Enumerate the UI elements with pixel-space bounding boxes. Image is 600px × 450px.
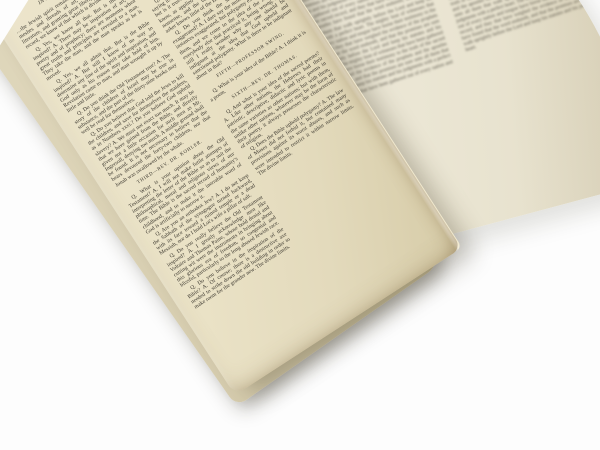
photo-of-open-pamphlet: The mighty host of witnesses that have b… — [0, 0, 600, 450]
